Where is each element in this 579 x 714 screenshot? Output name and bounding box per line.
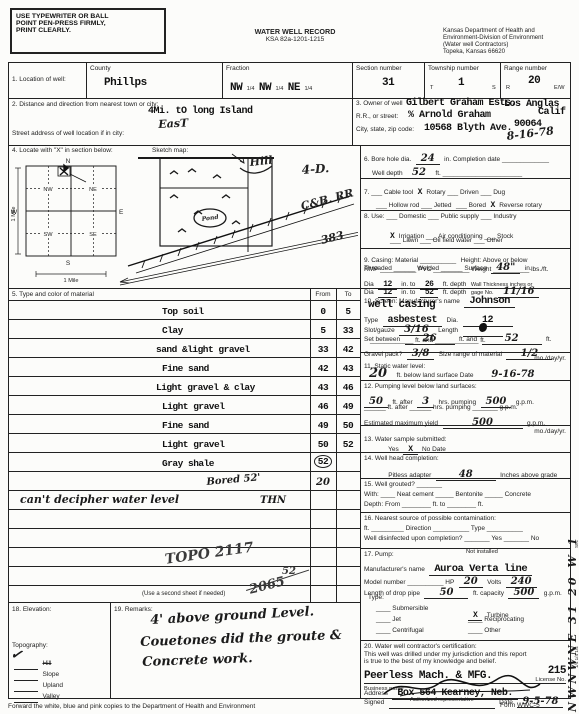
material-name: Clay [162, 325, 183, 336]
sketch-hand-railroad-name: C&B. RR [299, 186, 354, 213]
to-header: To [336, 291, 360, 298]
contamination-direction-label: ft. _________ Direction __________ Type … [364, 525, 523, 532]
instruction-line: POINT PEN-PRESS FIRMLY, [12, 20, 164, 27]
distance-hand-east: EasT [158, 117, 189, 131]
township-value: 1 [458, 77, 464, 90]
below-land-surface-label: ft. below land surface Date [397, 372, 474, 379]
static-water-date: 9-16-78 [478, 370, 548, 381]
material-hand-row: Bored 52' 20 [8, 471, 360, 491]
grid-e: E [119, 209, 124, 216]
screen-manufacturer-value: Johnson [464, 296, 515, 308]
quarter-frac: 1/4 [247, 86, 255, 92]
topo-option-valley: Valley [14, 685, 60, 703]
material-to: 49 [336, 401, 360, 412]
drop-pipe-value: 50 [424, 588, 468, 599]
material-name: sand &light gravel [156, 344, 250, 355]
ft-label: ft. [546, 336, 551, 343]
grid-s: S [66, 260, 71, 267]
from-header: From [310, 291, 336, 298]
license-no-value: 215 [548, 665, 566, 678]
well-depth-label: Well depth [372, 170, 403, 177]
materials-header: 5. Type and color of material [12, 291, 94, 298]
s12-line3: ______ ft. after ______ hrs. pumping ___… [364, 404, 518, 411]
pump-type-label: Type: [368, 594, 384, 601]
township-label: Township number [428, 65, 479, 72]
s14-line2: ____ Pitless adapter 48 Inches above gra… [372, 464, 557, 482]
static-water-value: 20 [364, 367, 392, 381]
reverse-rotary-x-mark: X [490, 201, 494, 210]
material-to: 42 [336, 344, 360, 355]
pump-reciprocating-option: ____ Reciprocating [468, 616, 524, 623]
pitless-adapter-label: ____ Pitless adapter [372, 472, 431, 479]
gpm-label: g.p.m. [516, 399, 534, 406]
sketch-field-drawing [138, 154, 274, 252]
mile-left-label: 1 Mile [11, 207, 17, 222]
topo-valley-label: Valley [42, 693, 59, 700]
county-label: County [90, 65, 111, 72]
hand-decipher-note: can't decipher water level [20, 494, 179, 507]
grout-with-label: With: ____ Neat cement _____ Bentonite _… [364, 491, 531, 498]
material-row: Fine sand 49 50 [8, 414, 360, 434]
grid-n: N [66, 158, 71, 165]
sample-yes-label: ____ Yes [372, 446, 399, 453]
distance-value: 4Mi. tO long Island [148, 106, 253, 118]
hand-initials: THN [260, 495, 286, 507]
material-from: 5 [310, 325, 336, 336]
pump-other-option: ____ Other [468, 627, 501, 634]
material-from: 49 [310, 420, 336, 431]
sample-no-date-label: No Date ________________ [422, 446, 506, 453]
remarks-label: 19. Remarks: [114, 606, 153, 613]
material-name: Gray shale [162, 458, 214, 469]
hollow-rod-jetted-labels: ___ Hollow rod ___ Jetted [376, 202, 452, 209]
sketch-hand-383: 383 [320, 229, 346, 247]
date-format-label: mo./day/yr. [534, 355, 566, 362]
dept-line: (Water well Contractors) [443, 41, 573, 48]
grout-depth-label: Depth: From ________ ft. to ________ ft. [364, 501, 483, 508]
rr-street-value: % Arnold Graham [408, 110, 491, 122]
well-grouted-label: 15. Well grouted? _______ [364, 481, 442, 488]
gpm-label: g.p.m. [544, 590, 562, 597]
city-value: 10568 Blyth Ave. [424, 123, 512, 135]
quarter-3: NE [288, 82, 300, 94]
grid-ne: NE [89, 187, 97, 193]
material-row: Light gravel 46 49 [8, 395, 360, 415]
material-to: 52 [336, 439, 360, 450]
contamination-label: 16. Nearest source of possible contamina… [364, 515, 496, 522]
form-statute: KSA 82a-1201-1215 [210, 36, 380, 43]
well-head-label: 14. Well head completion: [364, 455, 439, 462]
material-from: 0 [310, 306, 336, 317]
margin-hand-location-note: NWNWNE 31 20 W 1 [567, 535, 579, 712]
owner-value: Gilbert Graham Ests. [406, 98, 516, 110]
material-from-circled: 52 [314, 455, 332, 468]
material-empty-row [8, 528, 360, 548]
material-row: Light gravel & clay 43 46 [8, 376, 360, 396]
s7-line2: ___ Hollow rod ___ Jetted ___ Bored X Re… [376, 194, 542, 212]
well-depth-ft: ft. ______________________ [435, 170, 522, 177]
city-label: City, state, zip code: [356, 126, 414, 133]
township-s: S [492, 85, 496, 91]
use-line3: ___ Lawn ___ Oil field water ___ Other [390, 237, 503, 244]
material-hand-row: can't decipher water level THN [8, 490, 360, 510]
material-name: Light gravel [162, 439, 224, 450]
not-installed-label: Not installed [466, 549, 498, 556]
page-title: WATER WELL RECORD [210, 28, 380, 36]
material-row: Clay 5 33 [8, 319, 360, 339]
inches-above-grade-value: 48 [436, 470, 496, 481]
well-depth-value: 52 [407, 168, 431, 179]
location-label: 1. Location of well: [12, 76, 66, 83]
dept-line: Kansas Department of Health and [443, 27, 573, 34]
material-row: Fine sand 42 43 [8, 357, 360, 377]
grid-nw: NW [43, 187, 53, 193]
reverse-rotary-label: Reverse rotary [499, 202, 542, 209]
material-to: 50 [336, 420, 360, 431]
form-title-block: WATER WELL RECORD KSA 82a-1201-1215 [210, 28, 380, 44]
material-to: 33 [336, 325, 360, 336]
fraction-value: NW 1/4 NW 1/4 NE 1/4 [230, 77, 312, 95]
material-to: 5 [336, 306, 360, 317]
quarter-2: NW [259, 82, 271, 94]
second-sheet-note: (Use a second sheet if needed) [142, 591, 225, 598]
topo-checkmark: ✓ [9, 646, 23, 664]
sketch-pond-label: Pond [200, 214, 220, 224]
instruction-box: USE TYPEWRITER OR BALL POINT PEN-PRESS F… [10, 8, 166, 54]
certification-label: 20. Water well contractor's certificatio… [364, 643, 477, 650]
material-to: 43 [336, 363, 360, 374]
hand-from-20: 20 [310, 477, 336, 488]
range-label: Range number [504, 65, 547, 72]
sketch-hill-label: Hill [248, 154, 273, 169]
date-format-label: mo./day/yr. [534, 428, 566, 435]
s13-line2: ____ Yes X No Date ________________ [372, 438, 505, 456]
material-row: Light gravel 50 52 [8, 433, 360, 453]
range-value: 20 [528, 75, 540, 88]
rr-street-label: R.R., or street: [356, 113, 398, 120]
township-t: T [430, 85, 433, 91]
fraction-label: Fraction [226, 65, 249, 72]
owner-label: 3. Owner of well [356, 100, 403, 107]
range-r: R [506, 85, 510, 91]
section-label: Section number [356, 65, 402, 72]
hand-bored-note: Bored 52' [206, 472, 261, 488]
disinfected-label: Well disinfected upon completion? ______… [364, 535, 539, 542]
signed-label: Signed [364, 699, 384, 706]
material-name: Top soil [162, 306, 204, 317]
capacity-value: 500 [508, 588, 539, 599]
estimated-yield-label: Estimated maximum yield [364, 420, 438, 427]
well-x-mark [58, 165, 86, 182]
material-name: Light gravel [162, 401, 224, 412]
dept-line: Environment-Division of Environment [443, 34, 573, 41]
quarter-frac: 1/4 [276, 86, 284, 92]
material-to: 46 [336, 382, 360, 393]
instruction-line: USE TYPEWRITER OR BALL [12, 10, 164, 20]
material-from: 42 [310, 363, 336, 374]
section-value: 31 [382, 77, 394, 90]
pumping-level-label: 12. Pumping level below land surfaces: [364, 383, 477, 390]
signature-scribble [380, 674, 545, 700]
capacity-label: ft. capacity [473, 590, 504, 597]
county-value: Phillps [104, 77, 147, 90]
material-from: 33 [310, 344, 336, 355]
material-row: sand &light gravel 33 42 [8, 338, 360, 358]
mile-bottom-label: 1 Mile [64, 278, 79, 284]
water-well-record-form: USE TYPEWRITER OR BALL POINT PEN-PRESS F… [0, 0, 579, 714]
s11-line2: 20 ft. below land surface Date 9-16-78 [364, 364, 548, 382]
pump-centrifugal-option: ____ Centrifugal [376, 627, 424, 634]
department-block: Kansas Department of Health and Environm… [443, 27, 573, 55]
elevation-label: 18. Elevation: [12, 606, 51, 613]
grid-sw: SW [43, 232, 53, 238]
range-ew: E/W [554, 85, 565, 91]
bored-label: ___ Bored [456, 202, 486, 209]
material-name: Light gravel & clay [156, 382, 255, 393]
form-number: Form WWC-5 [500, 702, 540, 709]
margin-sec-label: Sec [574, 540, 579, 548]
material-name: Fine sand [162, 420, 209, 431]
material-from: 43 [310, 382, 336, 393]
material-row: Top soil 0 5 [8, 300, 360, 320]
s17-line4: Length of drop pipe 50 ft. capacity 500 … [364, 582, 562, 600]
distance-label: 2. Distance and direction from nearest t… [12, 101, 158, 108]
material-name: Fine sand [162, 363, 209, 374]
sketch-hand-4d: 4-D. [301, 161, 329, 177]
material-row: Gray shale 52 [8, 452, 360, 472]
grid-se: SE [89, 232, 97, 238]
footer-distribution-note: Forward the white, blue and pink copies … [8, 703, 255, 710]
owner-state-value: Calif [538, 107, 566, 119]
material-empty-row [8, 509, 360, 529]
gpm-label: g.p.m. [527, 420, 545, 427]
dept-line: Topeka, Kansas 66620 [443, 48, 573, 55]
quarter-1: NW [230, 82, 242, 94]
use-line1: 8. Use: ___ Domestic ___ Public supply _… [364, 213, 516, 220]
material-from: 50 [310, 439, 336, 450]
section-sketch-map: N S W E NW NE SW SE 1 Mile 1 Mile [10, 152, 358, 286]
s6-line2: Well depth 52 ft. ______________________ [372, 162, 522, 180]
margin-quarters-label: 1/4 1/4 1/4 [574, 646, 579, 668]
pump-jet-option: ____ Jet [376, 616, 401, 623]
inches-above-grade-label: Inches above grade [500, 472, 557, 479]
quarter-frac: 1/4 [304, 86, 312, 92]
instruction-line: PRINT CLEARLY. [12, 27, 164, 34]
sample-no-x-mark: X [403, 446, 417, 455]
material-from: 46 [310, 401, 336, 412]
pump-submersible-option: ____ Submersible [376, 605, 428, 612]
street-address-label: Street address of well location if in ci… [12, 130, 124, 137]
